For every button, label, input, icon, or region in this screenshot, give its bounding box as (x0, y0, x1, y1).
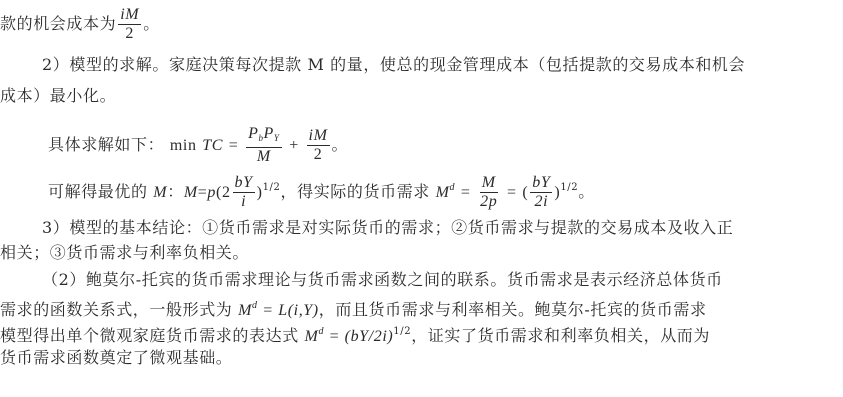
m-symbol: M (153, 184, 167, 201)
numerator: iM (118, 6, 141, 25)
numerator: PbPY (246, 125, 281, 148)
subscript-y: Y (274, 133, 280, 143)
relation-line-4: 货币需求函数奠定了微观基础。 (0, 348, 232, 368)
model-solution-line-2: 成本）最小化。 (0, 86, 116, 106)
text: 模型得出单个微观家庭货币需求的表达式 (0, 326, 299, 345)
tc-symbol: TC (202, 137, 223, 154)
colon: ： (167, 182, 184, 201)
superscript-d: d (450, 182, 456, 193)
denominator: i (239, 193, 248, 211)
md-symbol: M (238, 302, 252, 319)
denominator: 2p (478, 193, 499, 211)
exponent: 1/2 (263, 182, 281, 193)
period: 。 (332, 135, 349, 154)
md-symbol: M (436, 184, 450, 201)
model-solution-line-1: 2）模型的求解。家庭决策每次提款 M 的量，使总的现金管理成本（包括提款的交易成… (42, 55, 745, 75)
exponent: 1/2 (560, 182, 578, 193)
denominator: M (255, 148, 273, 166)
equals: = (198, 184, 208, 201)
fraction-M-over-2p: M2p (478, 174, 499, 211)
period: 。 (578, 182, 595, 201)
min-tc-equation-line: 具体求解如下： min TC = PbPYM + iM2。 (48, 125, 348, 166)
expression: = (bY/2i) (324, 328, 393, 345)
conclusions-line-2: 相关；③货币需求与利率负相关。 (0, 243, 249, 263)
paren-open: (2 (216, 184, 231, 201)
relation-line-3: 模型得出单个微观家庭货币需求的表达式 Md = (bY/2i)1/2，证实了货币… (0, 322, 710, 347)
text: ，证实了货币需求和利率负相关，从而为 (411, 326, 710, 345)
numerator: M (480, 174, 498, 193)
p-symbol: P (264, 125, 274, 142)
numerator: bY (530, 174, 552, 193)
denominator: 2i (533, 193, 551, 211)
plus: + (289, 137, 299, 154)
fraction-iM-over-2: iM2 (118, 6, 141, 43)
fraction-bY-over-2i: bY2i (530, 174, 552, 211)
numerator: iM (307, 127, 330, 146)
line-text: 款的机会成本为 (0, 14, 116, 33)
period: 。 (143, 14, 160, 33)
equals: = (461, 184, 471, 201)
equals: = (229, 137, 239, 154)
denominator: 2 (123, 25, 136, 43)
p-symbol: p (207, 184, 216, 201)
relation-line-2: 需求的函数关系式，一般形式为 Md = L(i,Y)，而且货币需求与利率相关。鲍… (0, 296, 707, 321)
mid-text: ，得实际的货币需求 (281, 182, 430, 201)
optimal-m-equation-line: 可解得最优的 M：M=p(2bYi)1/2，得实际的货币需求 Md = M2p … (48, 174, 595, 211)
text: 需求的函数关系式，一般形式为 (0, 300, 232, 319)
relation-line-1: （2）鲍莫尔-托宾的货币需求理论与货币需求函数之间的联系。货币需求是表示经济总体… (42, 270, 723, 290)
label: 具体求解如下： (48, 135, 164, 154)
p-symbol: P (248, 125, 258, 142)
min-operator: min (170, 137, 197, 154)
fraction-bY-over-i: bYi (233, 174, 255, 211)
exponent: 1/2 (393, 326, 411, 337)
m-symbol: M (184, 184, 198, 201)
label: 可解得最优的 (48, 182, 148, 201)
denominator: 2 (312, 146, 325, 164)
numerator: bY (233, 174, 255, 193)
fraction-iM-over-2: iM2 (307, 127, 330, 164)
expression: = L(i,Y) (258, 302, 319, 319)
paren-open: ( (522, 184, 528, 201)
opportunity-cost-line: 款的机会成本为iM2。 (0, 6, 160, 43)
fraction-pbpy-over-m: PbPYM (246, 125, 281, 166)
md-symbol: M (305, 328, 319, 345)
equals: = (507, 184, 517, 201)
text: ，而且货币需求与利率相关。鲍莫尔-托宾的货币需求 (319, 300, 707, 319)
conclusions-line-1: 3）模型的基本结论：①货币需求是对实际货币的需求；②货币需求与提款的交易成本及收… (42, 218, 733, 238)
